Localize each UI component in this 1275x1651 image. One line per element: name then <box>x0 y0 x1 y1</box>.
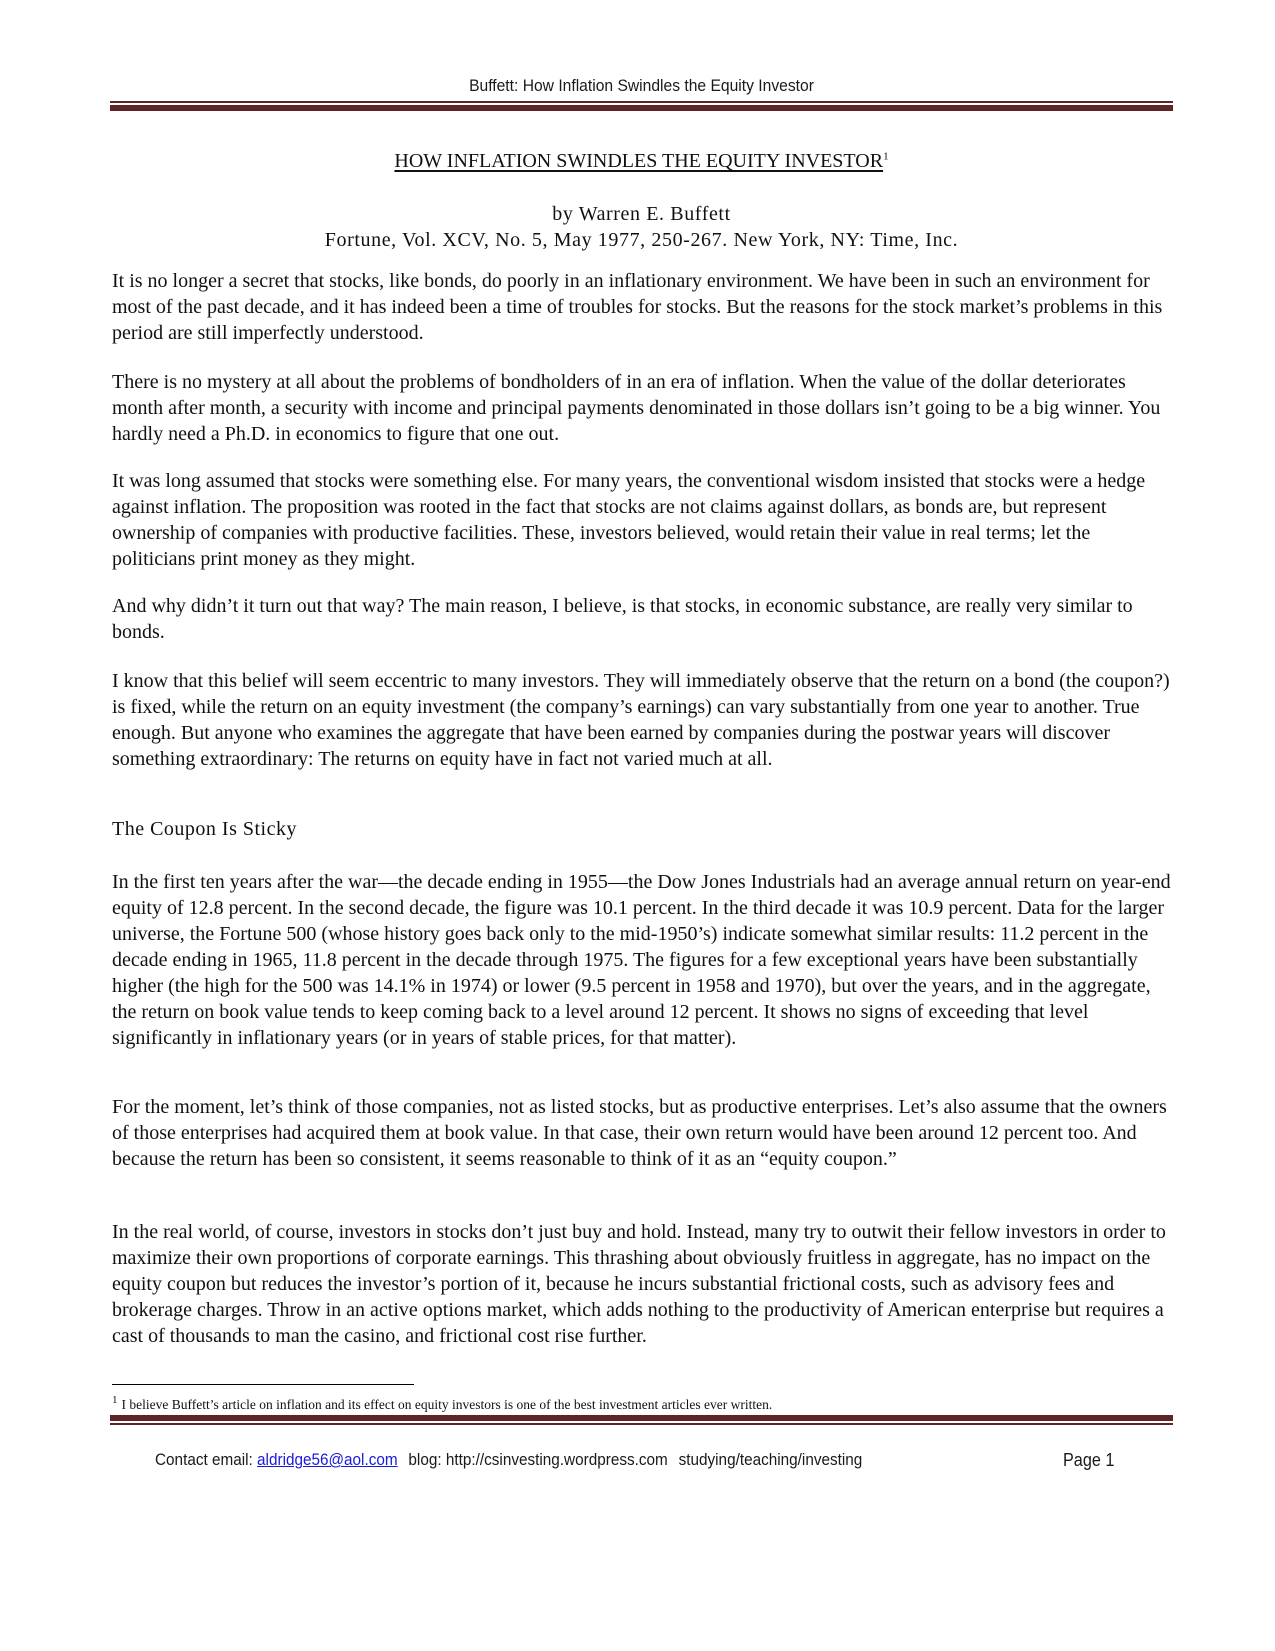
footnote-marker: 1 <box>112 1394 118 1406</box>
paragraph: And why didn’t it turn out that way? The… <box>112 593 1174 645</box>
paragraph: In the real world, of course, investors … <box>112 1219 1174 1349</box>
paragraph: There is no mystery at all about the pro… <box>112 369 1174 447</box>
section-subheading: The Coupon Is Sticky <box>112 818 297 841</box>
paragraph: For the moment, let’s think of those com… <box>112 1094 1174 1172</box>
page-number: Page 1 <box>1063 1450 1114 1471</box>
article-title-text: HOW INFLATION SWINDLES THE EQUITY INVEST… <box>394 150 883 172</box>
article-title: HOW INFLATION SWINDLES THE EQUITY INVEST… <box>110 150 1173 173</box>
header-rule-thick <box>110 105 1173 111</box>
contact-label: Contact email: <box>155 1450 257 1469</box>
paragraph: It is no longer a secret that stocks, li… <box>112 268 1174 346</box>
page-footer: Contact email: aldridge56@aol.comblog: h… <box>155 1450 862 1470</box>
footnote-separator <box>112 1384 414 1385</box>
byline: by Warren E. Buffett <box>110 203 1173 226</box>
footer-rule-thick <box>110 1415 1173 1421</box>
source-citation: Fortune, Vol. XCV, No. 5, May 1977, 250-… <box>110 229 1173 252</box>
footer-rule-thin <box>110 1423 1173 1425</box>
paragraph: I know that this belief will seem eccent… <box>112 668 1174 772</box>
running-header: Buffett: How Inflation Swindles the Equi… <box>153 76 1131 96</box>
footnote-ref[interactable]: 1 <box>883 150 889 162</box>
blog-text: blog: http://csinvesting.wordpress.com <box>408 1450 667 1469</box>
header-rule-thin <box>110 101 1173 103</box>
document-page: Buffett: How Inflation Swindles the Equi… <box>0 0 1275 1651</box>
footnote: 1I believe Buffett’s article on inflatio… <box>112 1394 772 1413</box>
tagline: studying/teaching/investing <box>679 1450 863 1469</box>
email-link[interactable]: aldridge56@aol.com <box>257 1450 398 1469</box>
footnote-text: I believe Buffett’s article on inflation… <box>122 1397 773 1412</box>
paragraph: In the first ten years after the war—the… <box>112 869 1174 1051</box>
paragraph: It was long assumed that stocks were som… <box>112 468 1174 572</box>
